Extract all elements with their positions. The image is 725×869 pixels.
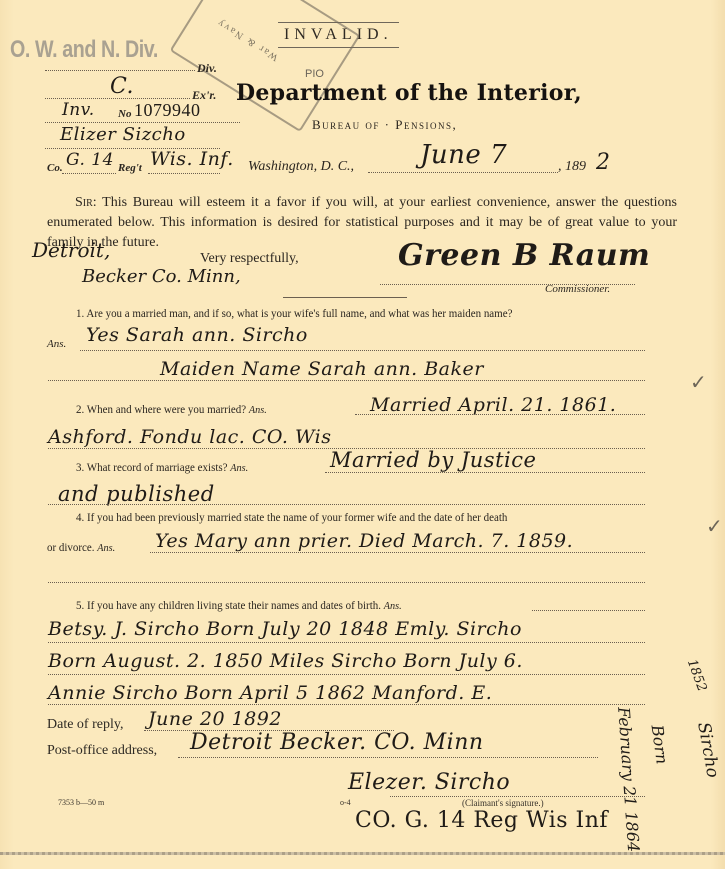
exr-field-line <box>45 98 190 99</box>
question-2-answer-line-2: Ashford. Fondu lac. CO. Wis <box>48 426 332 448</box>
date-of-reply-label: Date of reply, <box>47 717 123 733</box>
answer-line <box>48 704 645 705</box>
bureau-heading: Bureau of · Pensions, <box>312 117 457 133</box>
question-4-ans-label: Ans. <box>97 542 115 554</box>
regt-value: Wis. Inf. <box>150 148 234 170</box>
question-1-ans-label: Ans. <box>47 338 66 350</box>
question-1-answer-line-1: Yes Sarah ann. Sircho <box>86 324 308 346</box>
print-code: o-4 <box>340 798 351 807</box>
commissioner-signature: Green B Raum <box>398 238 650 273</box>
claimant-name: Elizer Sizcho <box>60 124 186 145</box>
commissioner-title: Commissioner. <box>545 283 610 295</box>
question-3: 3. What record of marriage exists? Ans. <box>76 460 248 475</box>
div-field-line <box>45 70 195 71</box>
margin-born: Born <box>648 724 672 766</box>
regt-label: Reg't <box>118 162 142 174</box>
question-5: 5. If you have any children living state… <box>76 598 402 613</box>
question-4-number: 4. <box>76 510 84 524</box>
claimant-signature: Elezer. Sircho <box>348 770 510 795</box>
answer-line <box>48 380 645 381</box>
question-1-answer-line-2: Maiden Name Sarah ann. Baker <box>160 358 484 380</box>
salutation: Sir: <box>75 195 97 210</box>
answer-line <box>48 504 645 505</box>
question-4-answer-line-1: Yes Mary ann prier. Died March. 7. 1859. <box>155 530 573 552</box>
unit-note: CO. G. 14 Reg Wis Inf <box>355 808 608 833</box>
claimant-signature-line <box>390 796 645 797</box>
year-printed: , 189 <box>558 159 586 175</box>
document-page: O. W. and N. Div. War & Navy PIO INVALID… <box>0 0 725 869</box>
margin-location-1: Detroit, <box>32 238 110 262</box>
closing: Very respectfully, <box>200 251 299 267</box>
exr-value: C. <box>110 74 134 99</box>
answer-line <box>355 414 645 415</box>
answer-line <box>48 674 645 675</box>
answer-line <box>80 350 645 351</box>
question-4-text: If you had been previously married state… <box>87 510 507 524</box>
place-label: Washington, D. C., <box>248 159 354 175</box>
signature-caption: (Claimant's signature.) <box>462 798 544 808</box>
co-field-line <box>62 173 116 174</box>
margin-surname: Sircho <box>693 721 722 780</box>
invalid-stamp: INVALID. <box>278 22 399 48</box>
question-5-ans-label: Ans. <box>384 600 402 612</box>
margin-year-1852: 1852 <box>684 657 709 693</box>
pension-number: 1079940 <box>134 100 201 121</box>
answer-line <box>48 642 645 643</box>
question-3-answer-line-1: Married by Justice <box>330 448 536 472</box>
question-4: 4. If you had been previously married st… <box>76 510 507 525</box>
answer-line <box>325 472 645 473</box>
question-5-answer-line-1: Betsy. J. Sircho Born July 20 1848 Emly.… <box>48 618 522 640</box>
question-2-ans-label: Ans. <box>249 404 267 416</box>
question-1-text: Are you a married man, and if so, what i… <box>86 306 512 320</box>
question-3-ans-label: Ans. <box>230 462 248 474</box>
date-of-reply-value: June 20 1892 <box>148 708 282 730</box>
department-heading: Department of the Interior, <box>236 80 582 106</box>
question-3-answer-line-2: and published <box>58 482 215 506</box>
answer-line <box>150 552 645 553</box>
co-value: G. 14 <box>66 150 114 170</box>
year-handwritten: 2 <box>596 150 611 175</box>
checkmark-1: ✓ <box>690 370 707 395</box>
no-prefix: Inv. <box>62 100 95 120</box>
no-field-line <box>45 122 240 123</box>
question-2-answer-line-1: Married April. 21. 1861. <box>370 394 616 416</box>
div-label: Div. <box>197 61 217 76</box>
question-1: 1. Are you a married man, and if so, wha… <box>76 306 512 321</box>
letter-date: June 7 <box>420 140 507 170</box>
question-5-text: If you have any children living state th… <box>87 598 381 612</box>
regt-field-line <box>148 173 220 174</box>
no-label: No <box>118 108 131 120</box>
question-2-text: When and where were you married? <box>87 402 246 416</box>
question-3-text: What record of marriage exists? <box>87 460 228 474</box>
pio-stamp: PIO <box>305 68 324 80</box>
post-office-value: Detroit Becker. CO. Minn <box>190 730 484 755</box>
margin-location-2: Becker Co. Minn, <box>82 266 241 287</box>
page-bottom-edge <box>0 852 725 855</box>
question-3-number: 3. <box>76 460 84 474</box>
margin-birthdate: February 21 1864 <box>614 706 643 852</box>
answer-line <box>48 582 645 583</box>
form-number: 7353 b—50 m <box>58 798 104 807</box>
question-5-number: 5. <box>76 598 84 612</box>
question-1-number: 1. <box>76 306 84 320</box>
question-4-continued: or divorce. Ans. <box>47 540 115 555</box>
post-office-label: Post-office address, <box>47 743 157 759</box>
division-stamp: O. W. and N. Div. <box>10 36 158 64</box>
question-2: 2. When and where were you married? Ans. <box>76 402 267 417</box>
checkmark-2: ✓ <box>706 514 723 539</box>
question-5-answer-line-3: Annie Sircho Born April 5 1862 Manford. … <box>48 682 492 704</box>
section-divider <box>283 297 407 298</box>
question-2-number: 2. <box>76 402 84 416</box>
question-4-text-cont: or divorce. <box>47 540 95 554</box>
question-5-answer-line-2: Born August. 2. 1850 Miles Sircho Born J… <box>48 650 523 672</box>
co-label: Co. <box>47 162 63 174</box>
date-field-line <box>368 172 558 173</box>
answer-line <box>532 610 645 611</box>
post-office-line <box>178 757 598 758</box>
